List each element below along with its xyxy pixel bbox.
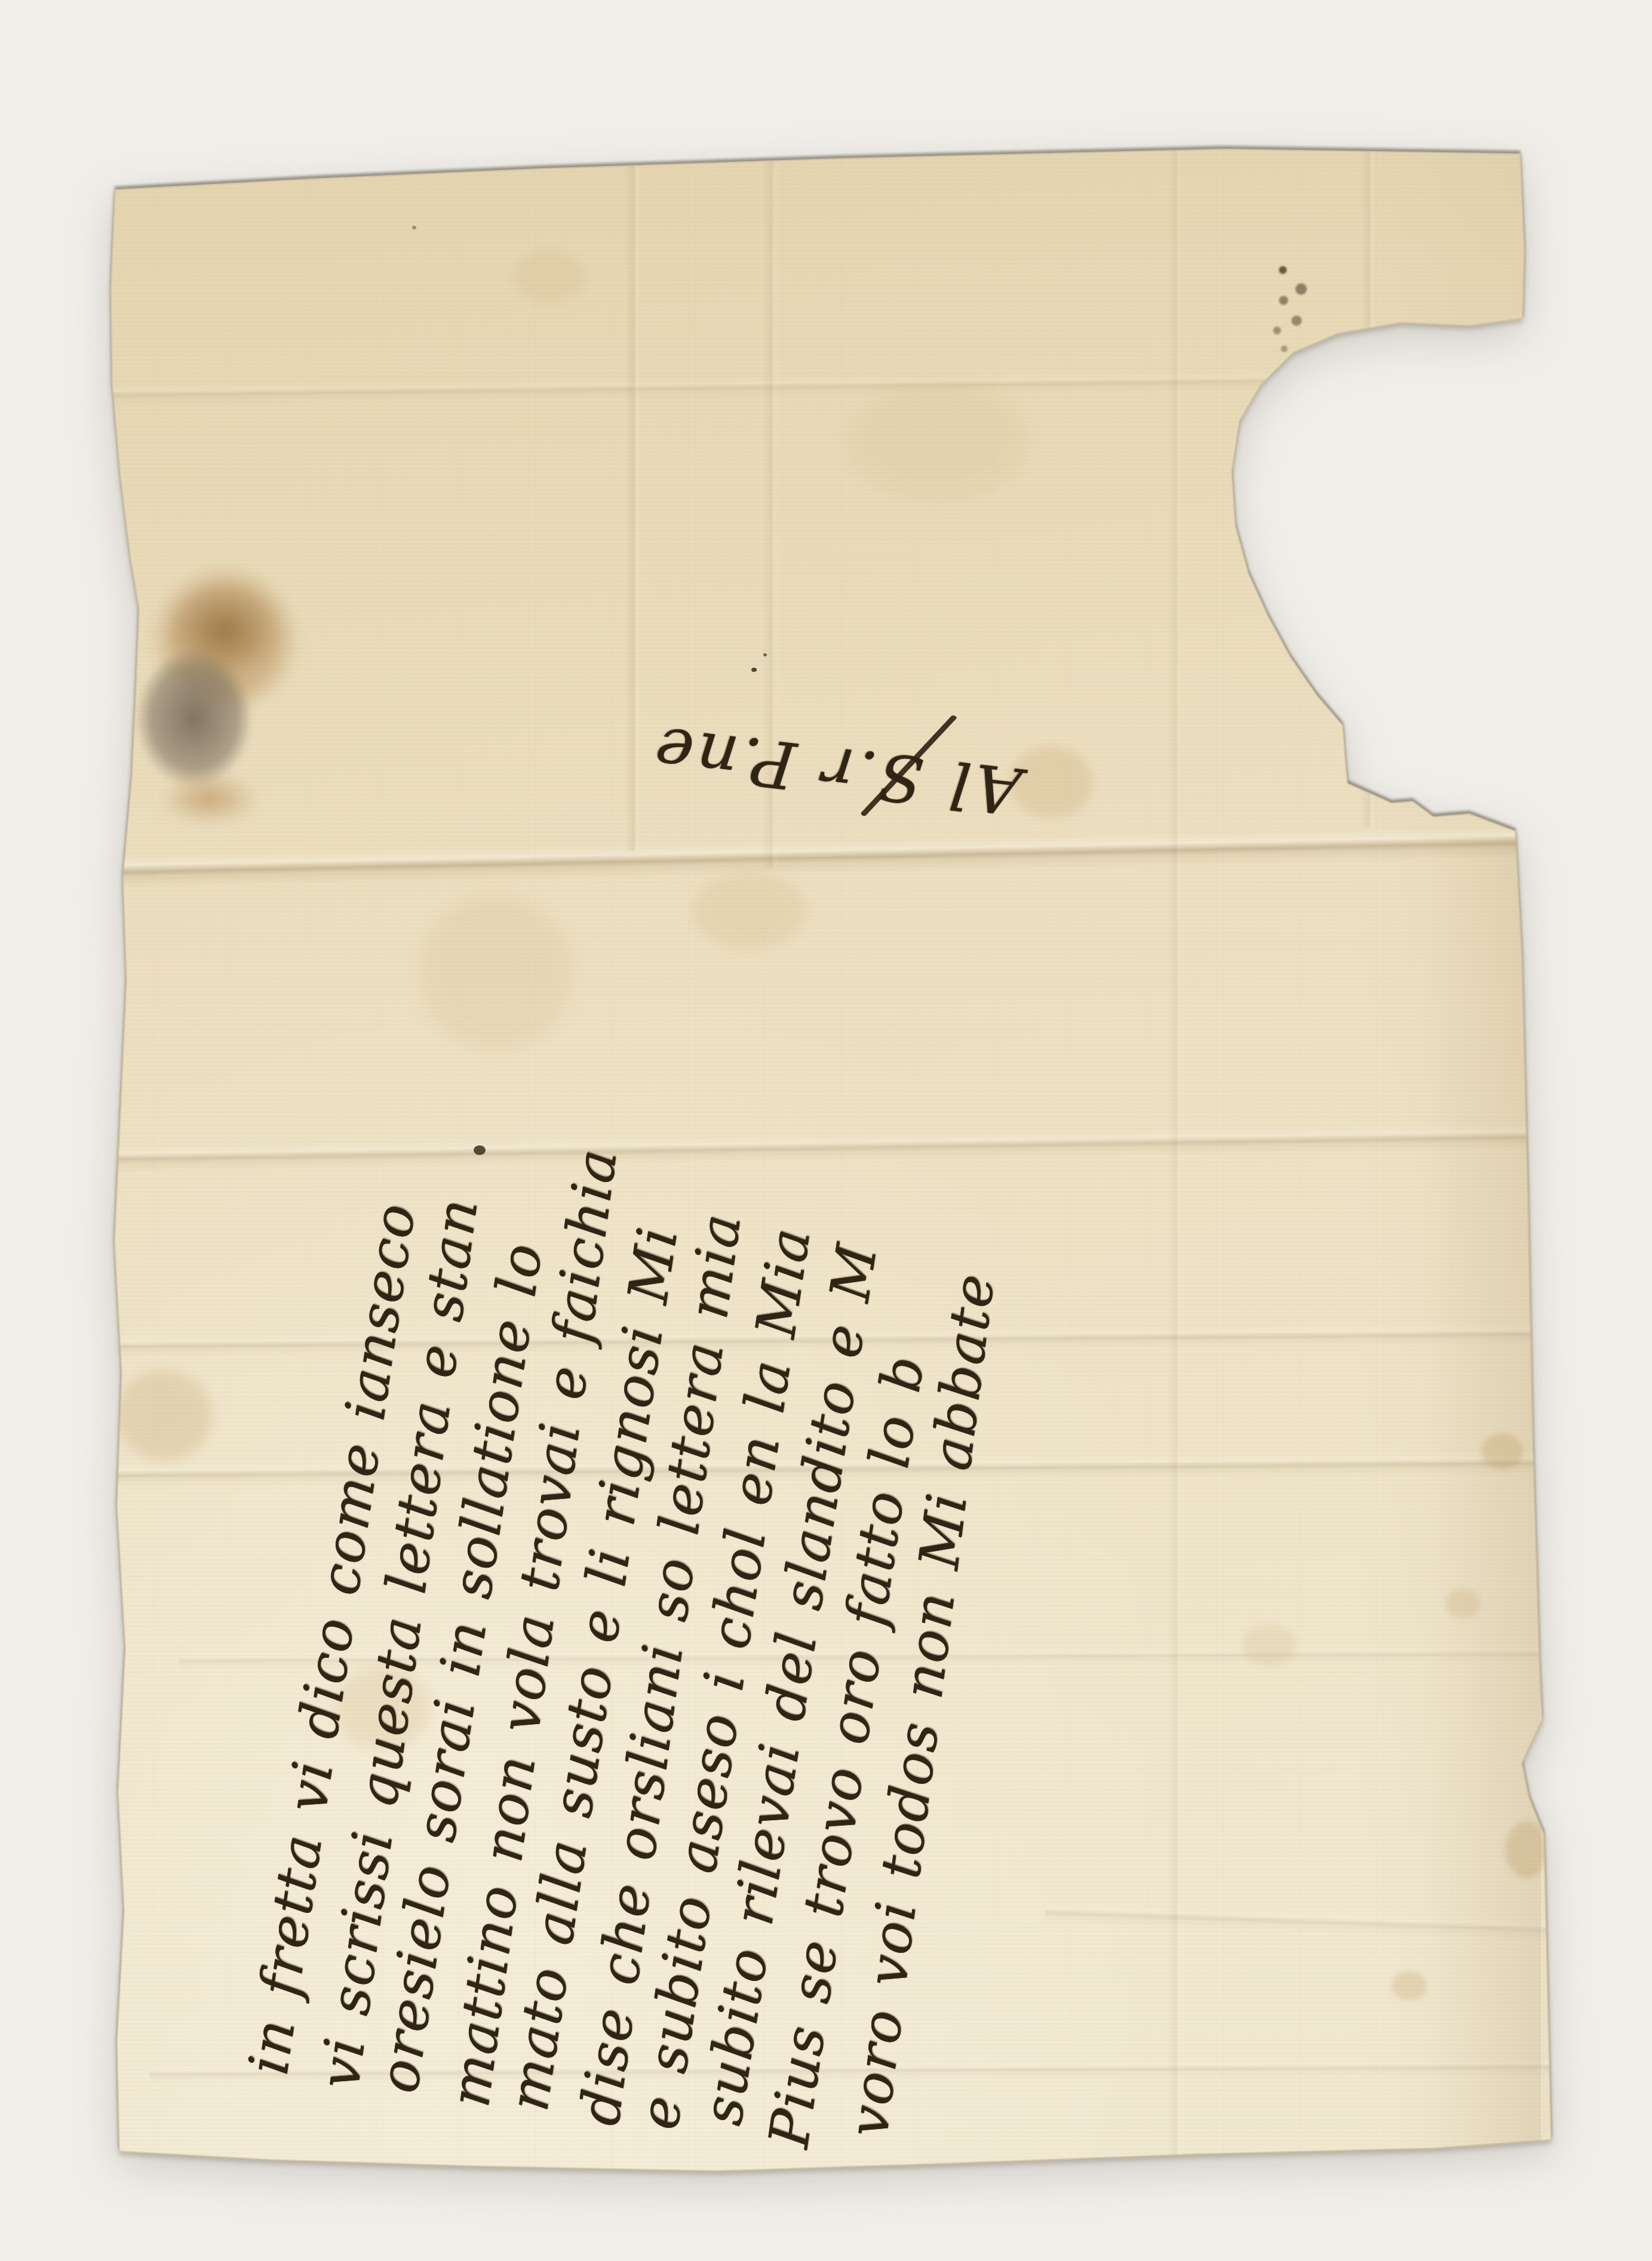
foxing-spot [1242, 1624, 1296, 1666]
fold-crease-v1 [625, 146, 643, 851]
ink-fleck [412, 226, 416, 229]
address-docket-text: Al S.r P.ne [647, 712, 1025, 829]
ink-fleck [763, 653, 767, 656]
scanned-letter-page: { "colors": { "backdrop": "#f0eee9", "pa… [0, 0, 1652, 2261]
foxing-spot [848, 382, 1027, 502]
ink-fleck [751, 668, 757, 672]
foxing-spot [693, 872, 806, 950]
scan-area: Al S.r P.ne in fretta vi dico come ianse… [0, 0, 1652, 2261]
fold-crease-v3 [1167, 140, 1185, 2171]
address-docket: Al S.r P.ne [655, 671, 1018, 870]
letter-text-block: in fretta vi dico come ianseco vi scriss… [239, 1031, 1036, 2164]
right-edge-tint [1421, 836, 1541, 2150]
seal-stain-tail [146, 764, 272, 833]
foxing-spot [418, 896, 573, 1051]
foxing-spot [116, 1371, 212, 1460]
foxing-spot [514, 251, 585, 305]
